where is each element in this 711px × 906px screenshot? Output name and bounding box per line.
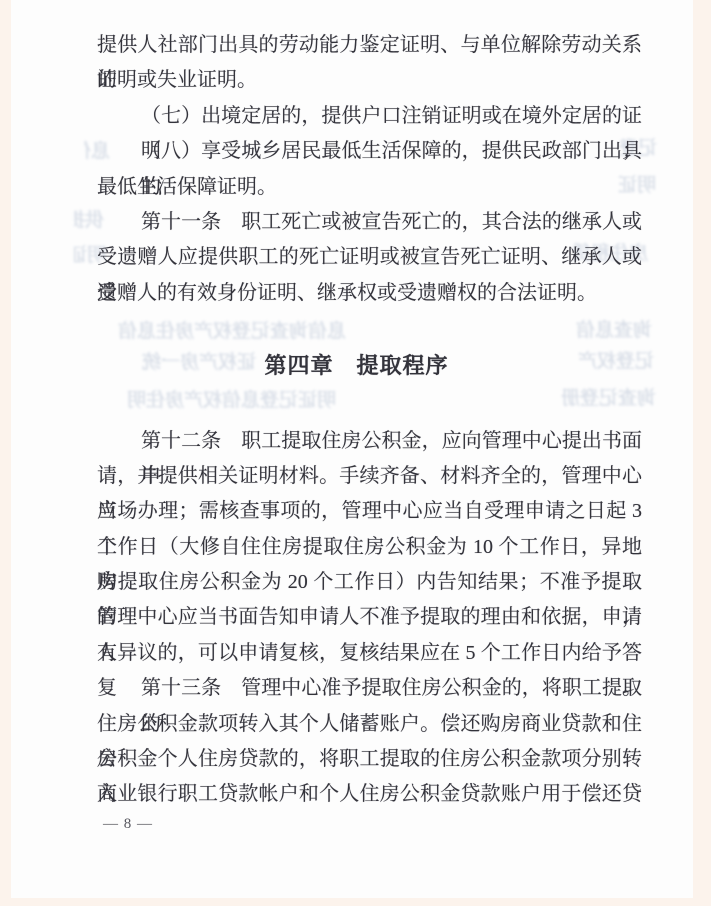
text-line: 请，并提供相关证明材料。手续齐备、材料齐全的，管理中心应 — [97, 459, 642, 494]
scanned-document-page: 息信记登明证供提明证房住租赁息信询查记登权产房住息信询查息信证权产房一统记登权产… — [0, 0, 711, 906]
text-line: 遗赠人的有效身份证明、继承权或受遗赠权的合法证明。 — [97, 276, 642, 311]
text-line: 住房公积金款项转入其个人储蓄账户。偿还购房商业贷款和住房 — [97, 707, 642, 742]
scan-edge-left — [0, 0, 11, 906]
vertical-gap — [97, 384, 642, 424]
page-number: — 8 — — [97, 813, 642, 835]
paragraph-block-before-heading: 提供人社部门出具的劳动能力鉴定证明、与单位解除劳动关系的证明或失业证明。（七）出… — [97, 28, 642, 311]
text-line: 最低生活保障证明。 — [97, 170, 642, 205]
text-line: 当场办理；需核查事项的，管理中心应当自受理申请之日起 3 个 — [97, 494, 642, 529]
text-line: 受遗赠人应提供职工的死亡证明或被宣告死亡证明、继承人或受 — [97, 240, 642, 275]
paragraph-block-after-heading: 第十二条 职工提取住房公积金，应向管理中心提出书面申请，并提供相关证明材料。手续… — [97, 424, 642, 813]
text-line: 工作日（大修自住住房提取住房公积金为 10 个工作日，异地购 — [97, 530, 642, 565]
document-text-area: 提供人社部门出具的劳动能力鉴定证明、与单位解除劳动关系的证明或失业证明。（七）出… — [97, 0, 642, 835]
text-line: （八）享受城乡居民最低生活保障的，提供民政部门出具的 — [97, 134, 642, 169]
text-line: 第十二条 职工提取住房公积金，应向管理中心提出书面申 — [97, 424, 642, 459]
text-line: 第十三条 管理中心准予提取住房公积金的，将职工提取的 — [97, 671, 642, 706]
text-line: 房提取住房公积金为 20 个工作日）内告知结果；不准予提取的， — [97, 565, 642, 600]
text-line: 证明或失业证明。 — [97, 63, 642, 98]
chapter-heading: 第四章 提取程序 — [97, 348, 616, 383]
scan-edge-right — [693, 0, 711, 906]
text-line: 提供人社部门出具的劳动能力鉴定证明、与单位解除劳动关系的 — [97, 28, 642, 63]
text-line: 第十一条 职工死亡或被宣告死亡的，其合法的继承人或 — [97, 205, 642, 240]
text-line: 公积金个人住房贷款的，将职工提取的住房公积金款项分别转入 — [97, 742, 642, 777]
text-line: 有异议的，可以申请复核，复核结果应在 5 个工作日内给予答复。 — [97, 636, 642, 671]
text-line: 商业银行职工贷款帐户和个人住房公积金贷款账户用于偿还贷 — [97, 777, 642, 812]
text-line: （七）出境定居的，提供户口注销证明或在境外定居的证明； — [97, 99, 642, 134]
scan-edge-bottom — [0, 898, 711, 906]
vertical-gap — [97, 311, 642, 348]
text-line: 管理中心应当书面告知申请人不准予提取的理由和依据，申请人 — [97, 600, 642, 635]
